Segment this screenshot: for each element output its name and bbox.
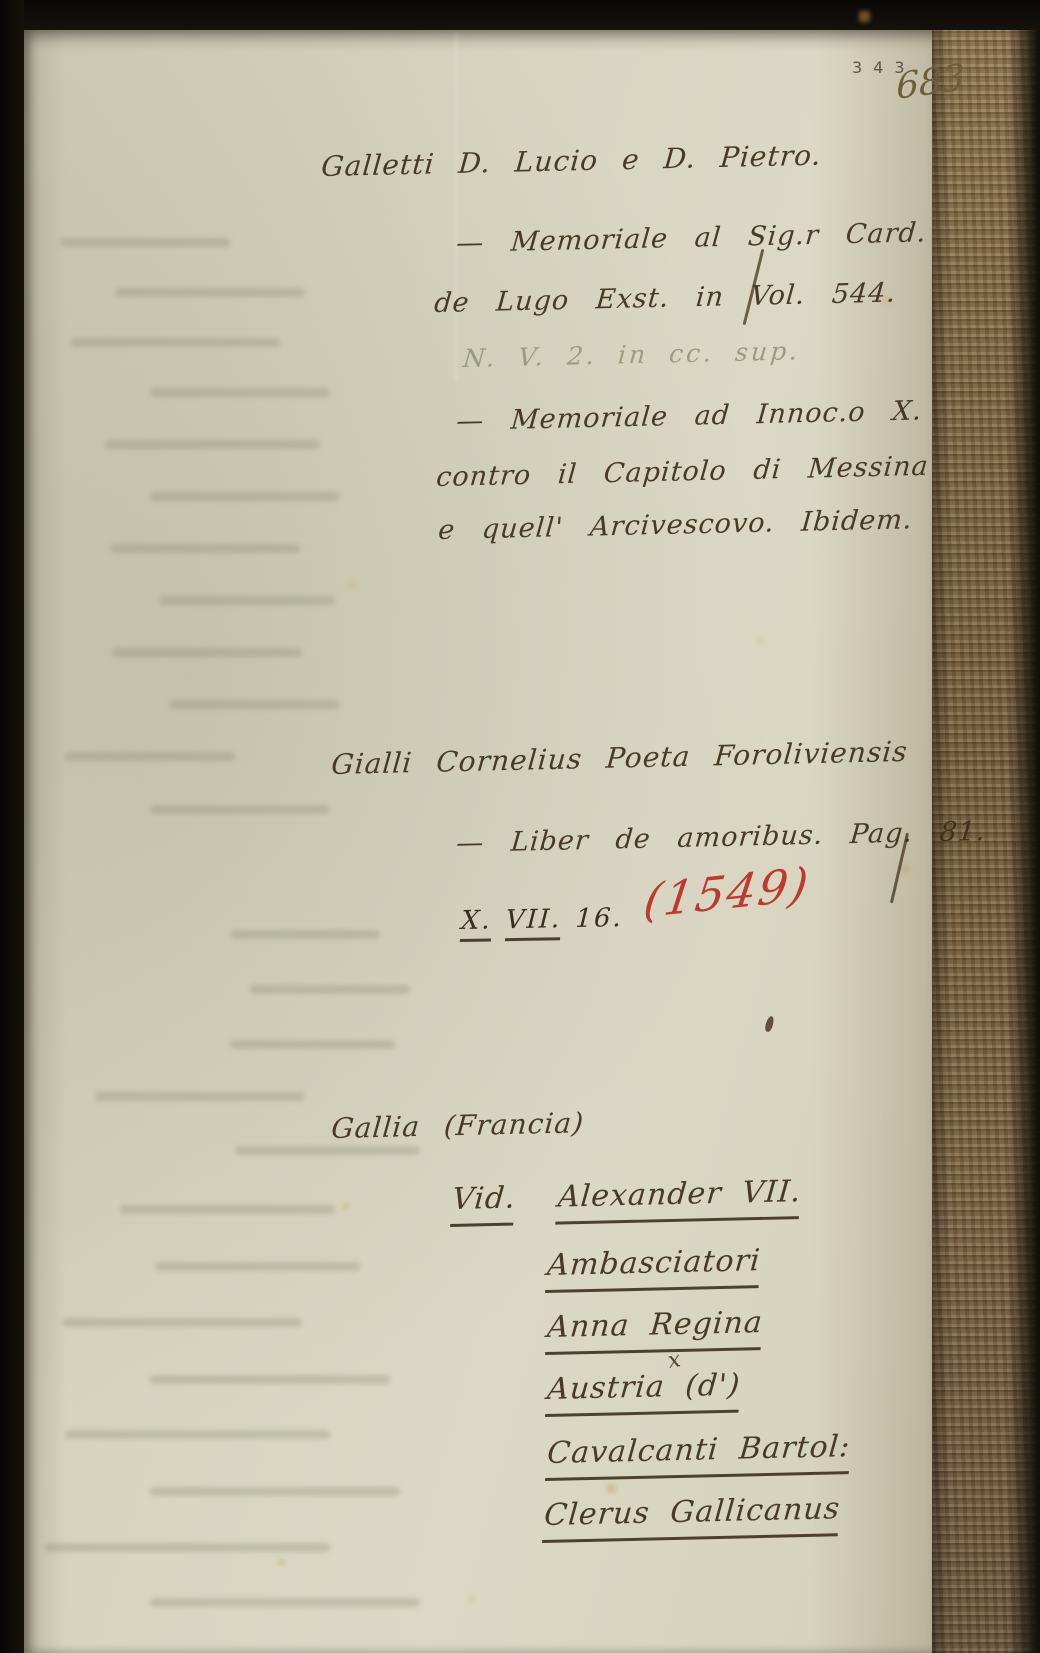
showthrough-line [235, 1146, 420, 1155]
foxing-spots [0, 0, 1, 1]
reference-ambasciatori: Ambasciatori [545, 1243, 762, 1293]
showthrough-line [150, 1375, 390, 1384]
showthrough-line [105, 440, 320, 449]
reference-austria: Austria (d') [545, 1368, 742, 1417]
shelfmark-series: X. [460, 905, 493, 942]
scan-border-top [0, 0, 1040, 30]
showthrough-line [230, 930, 380, 939]
cross-reference-row: Vid. Alexander VII. [450, 1174, 803, 1227]
reference-alexander-vii: Alexander VII. [556, 1174, 803, 1224]
showthrough-line [70, 338, 280, 347]
showthrough-line [250, 985, 410, 994]
showthrough-line [62, 1318, 302, 1327]
showthrough-line [150, 1598, 420, 1607]
showthrough-line [115, 288, 305, 297]
showthrough-line [65, 1430, 330, 1439]
showthrough-line [120, 1205, 335, 1214]
showthrough-line [230, 1040, 395, 1049]
showthrough-line [150, 805, 330, 814]
reference-label: Ambasciatori [545, 1243, 762, 1293]
reference-label: Austria (d') [545, 1368, 742, 1417]
paper-crease [455, 32, 457, 382]
showthrough-line [65, 752, 235, 761]
showthrough-line [112, 648, 302, 657]
reference-label: Cavalcanti Bartol: [545, 1429, 852, 1481]
showthrough-line [155, 1262, 360, 1271]
reference-label: Clerus Gallicanus [542, 1491, 842, 1543]
showthrough-line [150, 1487, 400, 1496]
manuscript-scan: 343 683 Galletti D. Lucio e D. Pietro. —… [0, 0, 1040, 1653]
reference-label: Anna Regina [545, 1305, 764, 1355]
showthrough-line [170, 700, 340, 709]
reference-anna-regina: Anna Regina [545, 1305, 764, 1355]
scan-border-left [0, 0, 24, 1653]
heading-gallia: Gallia (Francia) [330, 1106, 586, 1145]
showthrough-line [95, 1092, 305, 1101]
showthrough-line [160, 596, 335, 605]
shelfmark-number: 16. [575, 903, 624, 934]
showthrough-line [110, 544, 300, 553]
reference-clerus-gallicanus: Clerus Gallicanus [542, 1491, 842, 1543]
see-reference-label: Vid. [450, 1181, 517, 1227]
showthrough-line [45, 1543, 330, 1552]
reference-cavalcanti-bartolomeo: Cavalcanti Bartol: [545, 1429, 852, 1481]
shelfmark-volume: VII. [505, 904, 563, 941]
showthrough-line [150, 388, 330, 397]
showthrough-line [60, 238, 230, 247]
showthrough-line [150, 492, 340, 501]
shelfmark-line: X.VII.16.(1549) [460, 880, 810, 940]
